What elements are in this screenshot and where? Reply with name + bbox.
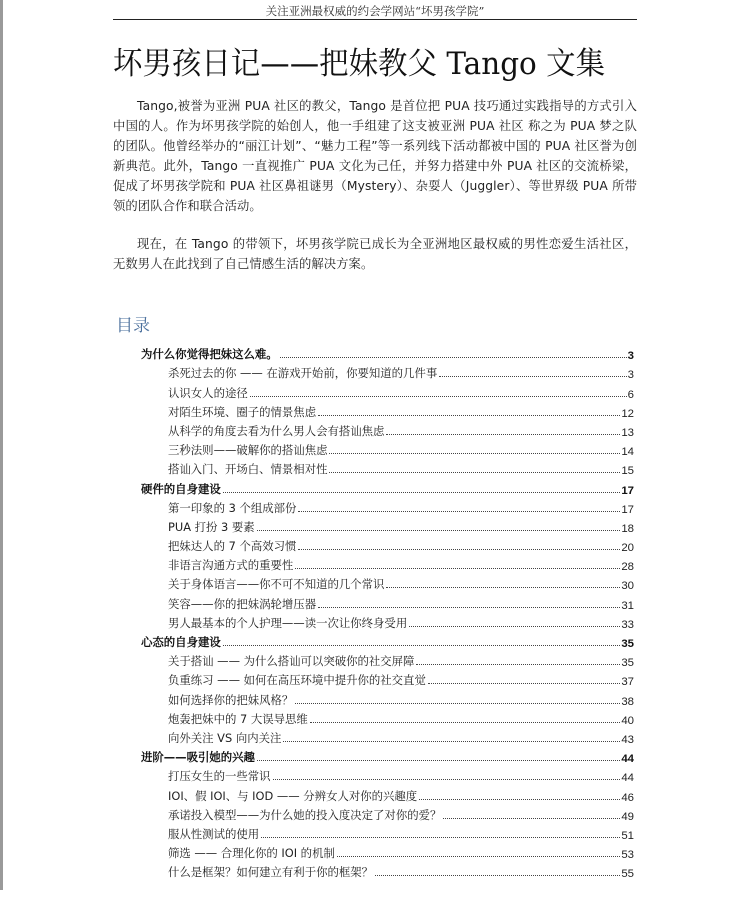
dot-leader	[295, 702, 620, 704]
dot-leader	[375, 874, 620, 876]
toc-page-number: 43	[621, 734, 634, 746]
dot-leader	[318, 414, 620, 416]
dot-leader	[443, 817, 620, 819]
toc-section-link[interactable]: 向外关注 VS 向内关注43	[113, 727, 634, 746]
toc-entry-label: 对陌生环境、圈子的情景焦虑	[168, 404, 316, 420]
dot-leader	[419, 798, 620, 800]
dot-leader	[416, 663, 620, 665]
dot-leader	[298, 510, 620, 512]
toc-page-number: 51	[621, 830, 634, 842]
toc-page-number: 6	[628, 389, 634, 401]
toc-section-link[interactable]: 关于身体语言——你不可不知道的几个常识30	[113, 573, 634, 592]
toc-entry-label: 杀死过去的你 —— 在游戏开始前，你要知道的几件事	[168, 365, 437, 381]
dot-leader	[223, 491, 621, 493]
dot-leader	[223, 644, 621, 646]
toc-entry-label: 打压女生的一些常识	[168, 768, 271, 784]
toc-section-link[interactable]: 筛选 —— 合理化你的 IOI 的机制53	[113, 842, 634, 861]
toc-entry-label: 把妹达人的 7 个高效习惯	[168, 538, 296, 554]
toc-page-number: 28	[621, 561, 634, 573]
toc-entry-label: 关于搭讪 —— 为什么搭讪可以突破你的社交屏障	[168, 653, 414, 669]
dot-leader	[329, 452, 620, 454]
dot-leader	[257, 529, 621, 531]
toc-section-link[interactable]: 炮轰把妹中的 7 大误导思维40	[113, 708, 634, 727]
toc-section-link[interactable]: 打压女生的一些常识44	[113, 765, 634, 784]
toc-section-link[interactable]: 男人最基本的个人护理——读一次让你终身受用33	[113, 612, 634, 631]
toc-entry-label: 进阶——吸引她的兴趣	[141, 749, 255, 765]
dot-leader	[261, 836, 620, 838]
title-cjk: 坏男孩日记——把妹教父	[113, 46, 446, 82]
dot-leader	[283, 740, 620, 742]
toc-entry-label: 筛选 —— 合理化你的 IOI 的机制	[168, 845, 335, 861]
dot-leader	[386, 433, 620, 435]
toc-heading: 目录	[116, 311, 150, 336]
toc-page-number: 18	[621, 523, 634, 535]
document-title: 坏男孩日记——把妹教父 Tango 文集	[113, 38, 645, 83]
header-rule	[113, 19, 637, 20]
toc-section-link[interactable]: 把妹达人的 7 个高效习惯20	[113, 535, 634, 554]
toc-page-number: 31	[621, 600, 634, 612]
toc-page-number: 17	[621, 485, 634, 497]
toc-page-number: 13	[621, 427, 634, 439]
toc-section-link[interactable]: 从科学的角度去看为什么男人会有搭讪焦虑13	[113, 420, 634, 439]
toc-page-number: 3	[628, 350, 634, 362]
dot-leader	[257, 759, 620, 761]
dot-leader	[298, 548, 620, 550]
title-latin: Tango	[446, 46, 536, 82]
toc-page-number: 44	[621, 753, 634, 765]
toc-chapter-link[interactable]: 心态的自身建设35	[113, 631, 634, 650]
dot-leader	[273, 778, 621, 780]
toc-entry-label: 非语言沟通方式的重要性	[168, 557, 293, 573]
dot-leader	[250, 395, 627, 397]
intro-paragraph-1: Tango,被誉为亚洲 PUA 社区的教父，Tango 是首位把 PUA 技巧通…	[113, 96, 637, 216]
toc-page-number: 15	[621, 465, 634, 477]
toc-page-number: 38	[621, 696, 634, 708]
toc-section-link[interactable]: 第一印象的 3 个组成部份17	[113, 497, 634, 516]
toc-entry-label: IOI、假 IOI、与 IOD —— 分辨女人对你的兴趣度	[168, 788, 417, 804]
toc-section-link[interactable]: 对陌生环境、圈子的情景焦虑12	[113, 401, 634, 420]
toc-page-number: 17	[621, 504, 634, 516]
toc-entry-label: 服从性测试的使用	[168, 826, 259, 842]
toc-chapter-link[interactable]: 为什么你觉得把妹这么难。3	[113, 343, 634, 362]
toc-page-number: 12	[621, 408, 634, 420]
toc-page-number: 14	[621, 446, 634, 458]
toc-section-link[interactable]: 杀死过去的你 —— 在游戏开始前，你要知道的几件事3	[113, 362, 634, 381]
toc-page-number: 35	[621, 638, 634, 650]
toc-page-number: 37	[621, 676, 634, 688]
running-header: 关注亚洲最权威的约会学网站“坏男孩学院”	[113, 3, 637, 19]
toc-entry-label: 炮轰把妹中的 7 大误导思维	[168, 711, 308, 727]
dot-leader	[386, 586, 620, 588]
toc-entry-label: 关于身体语言——你不可不知道的几个常识	[168, 576, 384, 592]
toc-section-link[interactable]: 笑容——你的把妹涡轮增压器31	[113, 592, 634, 611]
toc-section-link[interactable]: 负重练习 —— 如何在高压环境中提升你的社交直觉37	[113, 669, 634, 688]
toc-section-link[interactable]: 搭讪入门、开场白、情景相对性15	[113, 458, 634, 477]
toc-section-link[interactable]: IOI、假 IOI、与 IOD —— 分辨女人对你的兴趣度46	[113, 784, 634, 803]
toc-chapter-link[interactable]: 硬件的自身建设17	[113, 477, 634, 496]
toc-entry-label: 搭讪入门、开场白、情景相对性	[168, 461, 327, 477]
toc-page-number: 30	[621, 580, 634, 592]
toc-section-link[interactable]: 服从性测试的使用51	[113, 823, 634, 842]
viewer-left-edge	[0, 0, 3, 890]
toc-entry-label: 三秒法则——破解你的搭讪焦虑	[168, 442, 327, 458]
toc-section-link[interactable]: 关于搭讪 —— 为什么搭讪可以突破你的社交屏障35	[113, 650, 634, 669]
toc-section-link[interactable]: 承诺投入模型——为什么她的投入度决定了对你的爱？49	[113, 804, 634, 823]
toc-section-link[interactable]: PUA 打扮 3 要素18	[113, 516, 634, 535]
toc-page-number: 40	[621, 715, 634, 727]
toc-page-number: 53	[621, 849, 634, 861]
toc-entry-label: 心态的自身建设	[141, 634, 221, 650]
toc-section-link[interactable]: 非语言沟通方式的重要性28	[113, 554, 634, 573]
toc-entry-label: 硬件的自身建设	[141, 481, 221, 497]
toc-entry-label: 如何选择你的把妹风格？	[168, 692, 293, 708]
toc-section-link[interactable]: 认识女人的途径6	[113, 381, 634, 400]
toc-page-number: 3	[628, 369, 634, 381]
dot-leader	[428, 682, 620, 684]
dot-leader	[310, 721, 621, 723]
toc-entry-label: 什么是框架？如何建立有利于你的框架？	[168, 864, 373, 880]
dot-leader	[329, 471, 620, 473]
toc-page-number: 44	[621, 772, 634, 784]
dot-leader	[439, 375, 626, 377]
toc-entry-label: PUA 打扮 3 要素	[168, 519, 255, 535]
table-of-contents: 为什么你觉得把妹这么难。3杀死过去的你 —— 在游戏开始前，你要知道的几件事3认…	[113, 343, 634, 880]
toc-entry-label: 认识女人的途径	[168, 385, 248, 401]
toc-entry-label: 从科学的角度去看为什么男人会有搭讪焦虑	[168, 423, 384, 439]
toc-section-link[interactable]: 三秒法则——破解你的搭讪焦虑14	[113, 439, 634, 458]
dot-leader	[337, 855, 620, 857]
dot-leader	[409, 625, 620, 627]
toc-page-number: 20	[621, 542, 634, 554]
toc-entry-label: 为什么你觉得把妹这么难。	[141, 346, 278, 362]
toc-section-link[interactable]: 什么是框架？如何建立有利于你的框架？55	[113, 861, 634, 880]
toc-chapter-link[interactable]: 进阶——吸引她的兴趣44	[113, 746, 634, 765]
toc-entry-label: 向外关注 VS 向内关注	[168, 730, 281, 746]
title-suffix: 文集	[537, 46, 605, 82]
toc-section-link[interactable]: 如何选择你的把妹风格？38	[113, 688, 634, 707]
toc-page-number: 46	[621, 792, 634, 804]
toc-entry-label: 第一印象的 3 个组成部份	[168, 500, 296, 516]
toc-entry-label: 笑容——你的把妹涡轮增压器	[168, 596, 316, 612]
intro-paragraph-2: 现在，在 Tango 的带领下，坏男孩学院已成长为全亚洲地区最权威的男性恋爱生活…	[113, 234, 637, 274]
dot-leader	[295, 567, 620, 569]
toc-page-number: 35	[621, 657, 634, 669]
toc-entry-label: 男人最基本的个人护理——读一次让你终身受用	[168, 615, 407, 631]
toc-page-number: 49	[621, 811, 634, 823]
toc-page-number: 33	[621, 619, 634, 631]
toc-entry-label: 承诺投入模型——为什么她的投入度决定了对你的爱？	[168, 807, 441, 823]
toc-page-number: 55	[621, 868, 634, 880]
dot-leader	[280, 356, 627, 358]
toc-entry-label: 负重练习 —— 如何在高压环境中提升你的社交直觉	[168, 672, 426, 688]
dot-leader	[318, 606, 620, 608]
